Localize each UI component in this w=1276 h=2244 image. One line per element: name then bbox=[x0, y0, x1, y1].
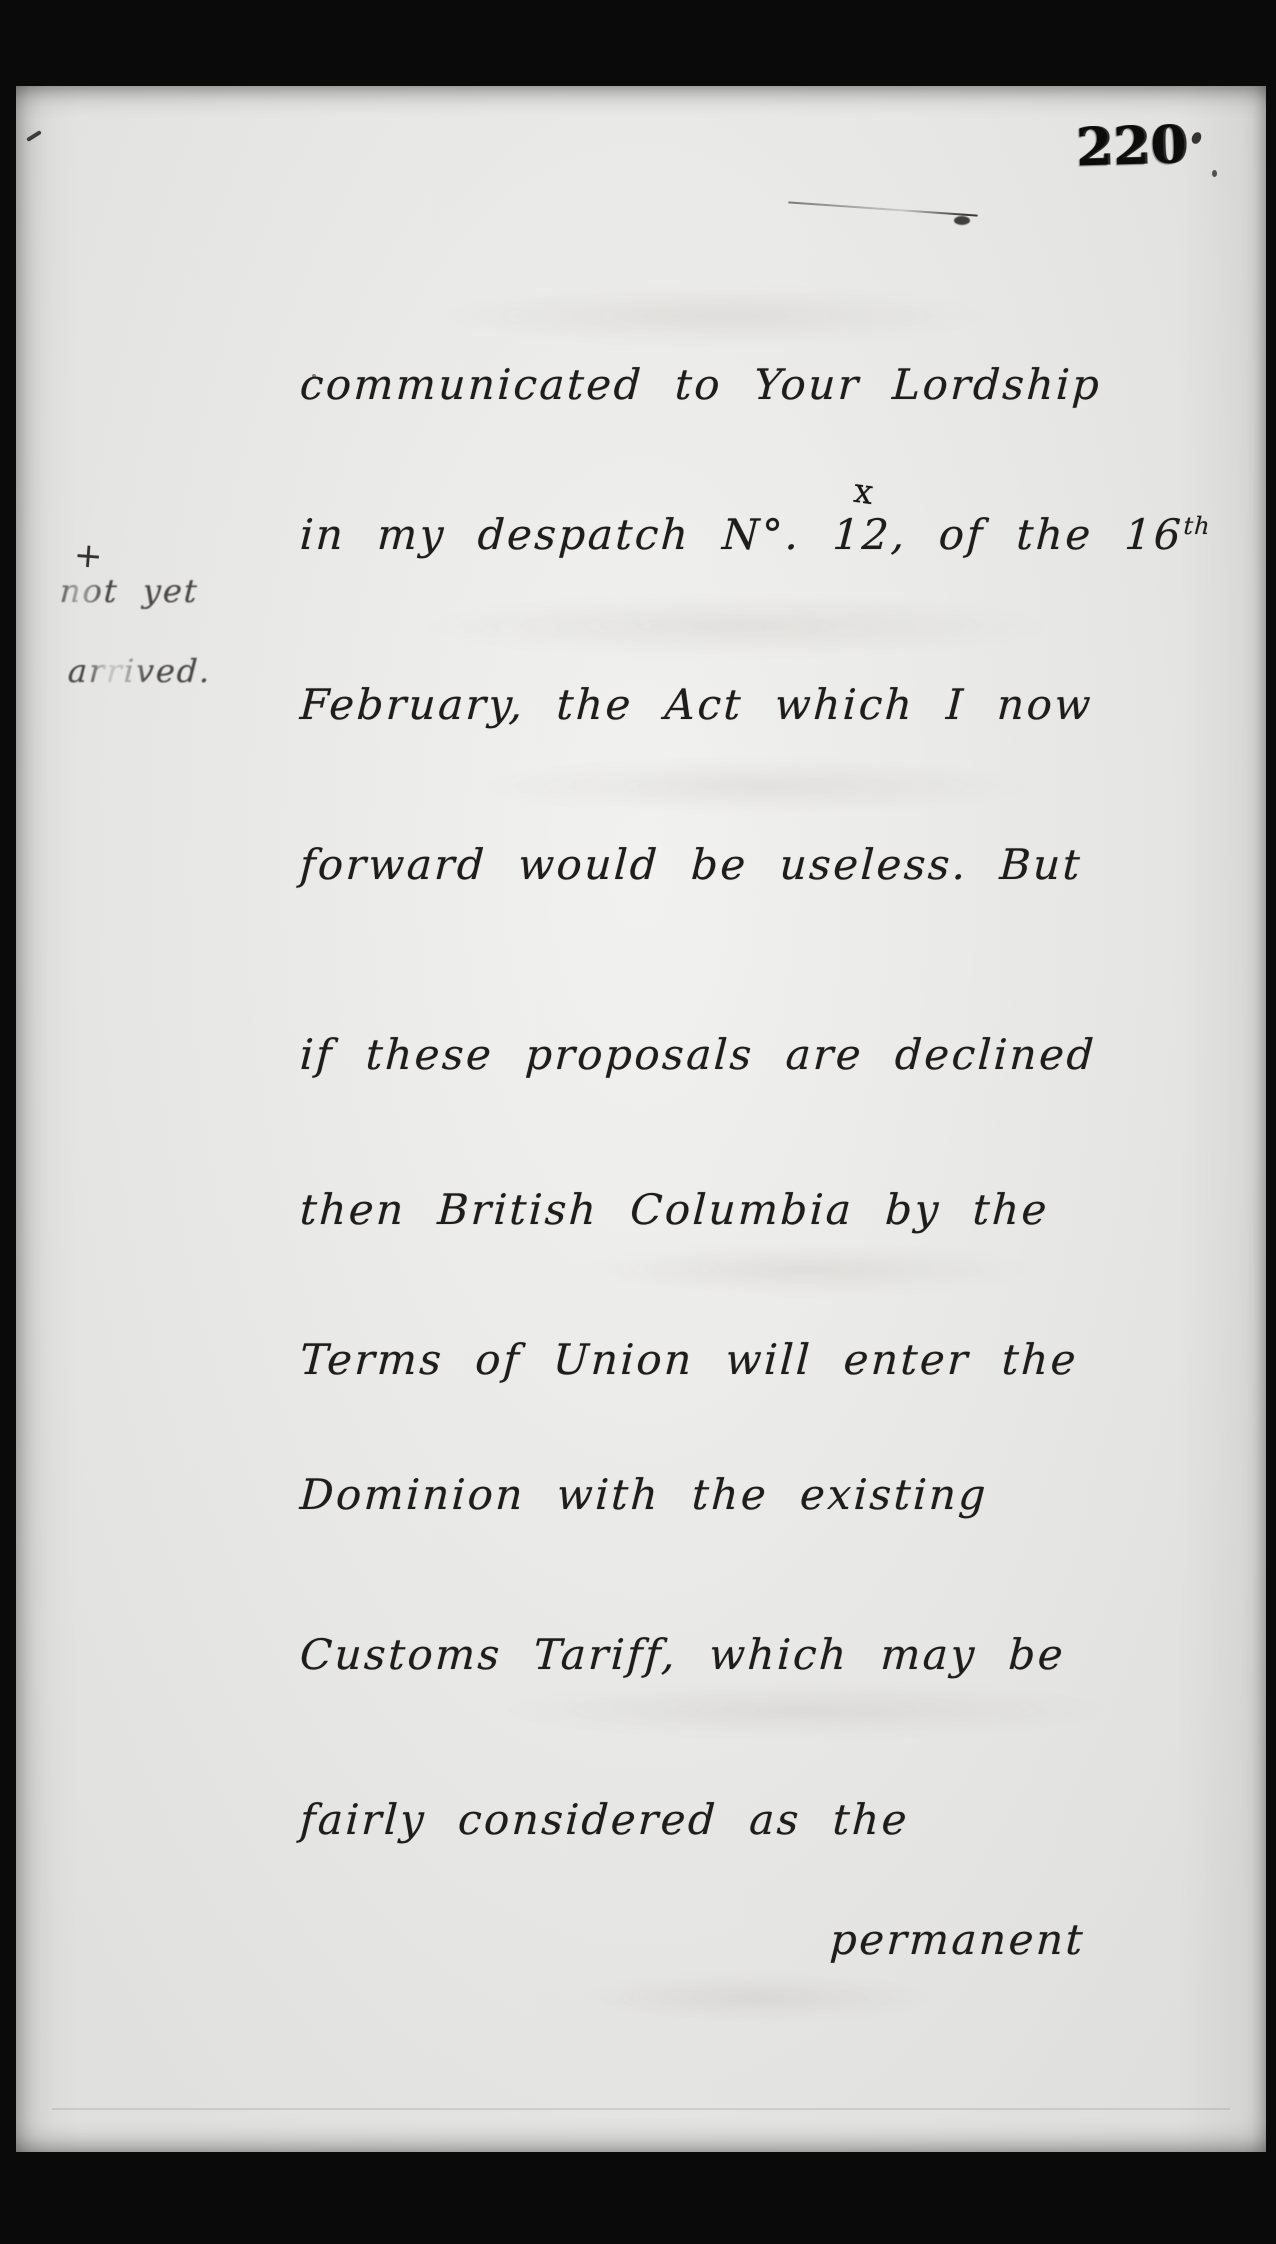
letter-line-2: in my despatch N°. 12, of the 16th bbox=[299, 510, 1212, 559]
letter-line-6: then British Columbia by the bbox=[299, 1185, 1051, 1234]
letter-line-5: if these proposals are declined bbox=[299, 1030, 1098, 1079]
show-through-smudge bbox=[496, 1682, 1116, 1738]
margin-reference-cross-mark: + bbox=[73, 535, 104, 577]
page-number-stamp: 220 bbox=[1075, 115, 1188, 179]
letter-line-7: Terms of Union will enter the bbox=[299, 1335, 1080, 1384]
ink-speck bbox=[26, 130, 42, 142]
show-through-smudge bbox=[476, 758, 1036, 814]
show-through-smudge bbox=[576, 1244, 1036, 1296]
letter-line-8: Dominion with the existing bbox=[299, 1470, 990, 1519]
ink-speck bbox=[1212, 170, 1217, 177]
scratch-mark bbox=[788, 201, 978, 216]
show-through-smudge bbox=[416, 594, 1056, 658]
margin-note-line-1: not yet bbox=[59, 572, 200, 610]
inline-reference-cross-mark: x bbox=[851, 471, 876, 513]
ink-speck bbox=[954, 216, 970, 225]
fold-line bbox=[52, 2108, 1230, 2110]
catchword: permanent bbox=[829, 1915, 1087, 1964]
letter-line-2-text: in my despatch N°. 12, of the 16 bbox=[299, 510, 1185, 559]
paper-sheet: 220 + not yet arrived. x communicated to… bbox=[16, 86, 1266, 2152]
letter-line-1: communicated to Your Lordship bbox=[299, 360, 1103, 409]
letter-line-9: Customs Tariff, which may be bbox=[299, 1630, 1067, 1679]
show-through-smudge bbox=[576, 1974, 936, 2022]
letter-line-4: forward would be useless. But bbox=[299, 840, 1084, 889]
scanned-document-page: 220 + not yet arrived. x communicated to… bbox=[0, 0, 1276, 2244]
ordinal-suffix: th bbox=[1183, 512, 1212, 540]
letter-line-10: fairly considered as the bbox=[299, 1795, 911, 1844]
letter-line-3: February, the Act which I now bbox=[299, 680, 1095, 729]
margin-note-line-2: arrived. bbox=[67, 652, 213, 690]
show-through-smudge bbox=[436, 286, 996, 346]
ink-speck bbox=[1190, 131, 1203, 146]
